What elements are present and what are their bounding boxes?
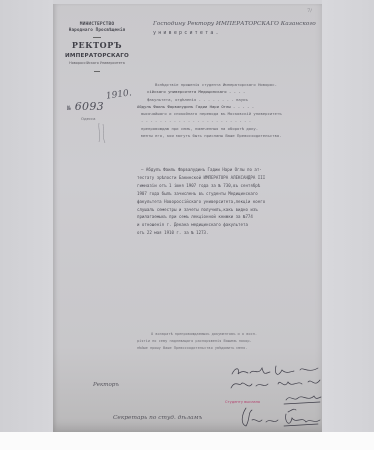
closing-line: О возвратѣ препровождаемыхъ документовъ …: [137, 331, 317, 338]
address-block: Господину Ректору ИМПЕРАТОРСКАГО Казанск…: [153, 21, 313, 36]
letterhead-divider: [93, 37, 101, 38]
closing-line: ріятіи по сему надлежащаго распоряженія …: [137, 338, 317, 345]
handwritten-signatures-icon: [228, 364, 322, 432]
paragraph-line: отъ 22 мая 1910 г. за № 1273.: [137, 229, 317, 237]
form-line: препровождаю при семъ, помеченныя на обо…: [137, 125, 315, 132]
pencil-mark-icon: [93, 122, 111, 144]
form-line: высочайшаго и спокойнаго перевода въ Мос…: [137, 110, 315, 117]
letterhead-university: Новороссійскаго Университета: [61, 61, 133, 65]
handwritten-year: 1910.: [105, 88, 132, 101]
number-value: 6093: [75, 100, 104, 113]
paragraph-line: и отношенія г. Декана медицинскаго факул…: [137, 221, 317, 229]
closing-paragraph: О возвратѣ препровождаемыхъ документовъ …: [137, 331, 317, 353]
paragraph-line: 1907 года былъ зачисленъ въ студенты Мед…: [137, 190, 317, 198]
form-line: Вслѣдствіе прошенія студента Императорск…: [137, 81, 315, 88]
page-corner-mark: 7/: [307, 8, 312, 14]
viewer-background-left: [0, 0, 53, 432]
secretary-signature-label: Секретарь по студ. дѣламъ: [113, 415, 202, 421]
address-line-2: университета.: [153, 30, 313, 36]
paragraph-line: прилагаемыхъ при семъ лекціонной книжки …: [137, 213, 317, 221]
form-line: Абдулъ Фаиль Фарвалудинъ Гадии Нари Оглы…: [137, 103, 315, 110]
rector-signature-label: Ректоръ: [93, 382, 119, 388]
form-line: факультета, отдѣленія - - - - - - - - на…: [137, 96, 315, 103]
paragraph-line: тестату зрѣлости Бакинской ИМПЕРАТОРА АЛ…: [137, 174, 317, 182]
form-line: сійскаго университета Медицинскаго - - -…: [137, 88, 315, 95]
form-line: менты его, кои могутъ быть присланы Ваше…: [137, 132, 315, 139]
handwritten-document-number: № 6093: [67, 100, 104, 113]
paragraph-line: — Абдулъ Фаиль Фарвалудинъ Гадии Нари Ог…: [137, 166, 317, 174]
ministry-line-2: Народнаго Просвѣщенія: [61, 28, 133, 34]
address-line-1: Господину Ректору ИМПЕРАТОРСКАГО Казанск…: [153, 21, 313, 27]
main-paragraph: — Абдулъ Фаиль Фарвалудинъ Гадии Нари Ог…: [137, 166, 317, 237]
viewer-background-right: [322, 0, 374, 432]
form-text-block: Вслѣдствіе прошенія студента Императорск…: [137, 81, 315, 139]
paragraph-line: слушалъ семестры и зачеты получилъ,какъ …: [137, 206, 317, 214]
city-label: Одесса: [81, 116, 95, 121]
form-line: - - - - - - - - - - - - - - - - - - - - …: [137, 117, 315, 124]
paragraph-line: факультета Новороссійскаго университета,…: [137, 198, 317, 206]
closing-line: нѣйше прошу Ваше Превосходительство увѣд…: [137, 345, 317, 352]
letterhead-institution: ИМПЕРАТОРСКАГО: [61, 53, 133, 59]
letterhead-dash: [94, 71, 100, 72]
letterhead-title: РЕКТОРЪ: [61, 40, 133, 50]
number-prefix: №: [67, 105, 71, 112]
scanned-document-page: 7/ МИНИСТЕРСТВО Народнаго Просвѣщенія РЕ…: [53, 4, 322, 432]
viewer-bottom-strip: [0, 432, 374, 450]
letterhead: МИНИСТЕРСТВО Народнаго Просвѣщенія РЕКТО…: [61, 22, 133, 72]
paragraph-line: гимназіи отъ 1 іюня 1907 года за № 730,в…: [137, 182, 317, 190]
